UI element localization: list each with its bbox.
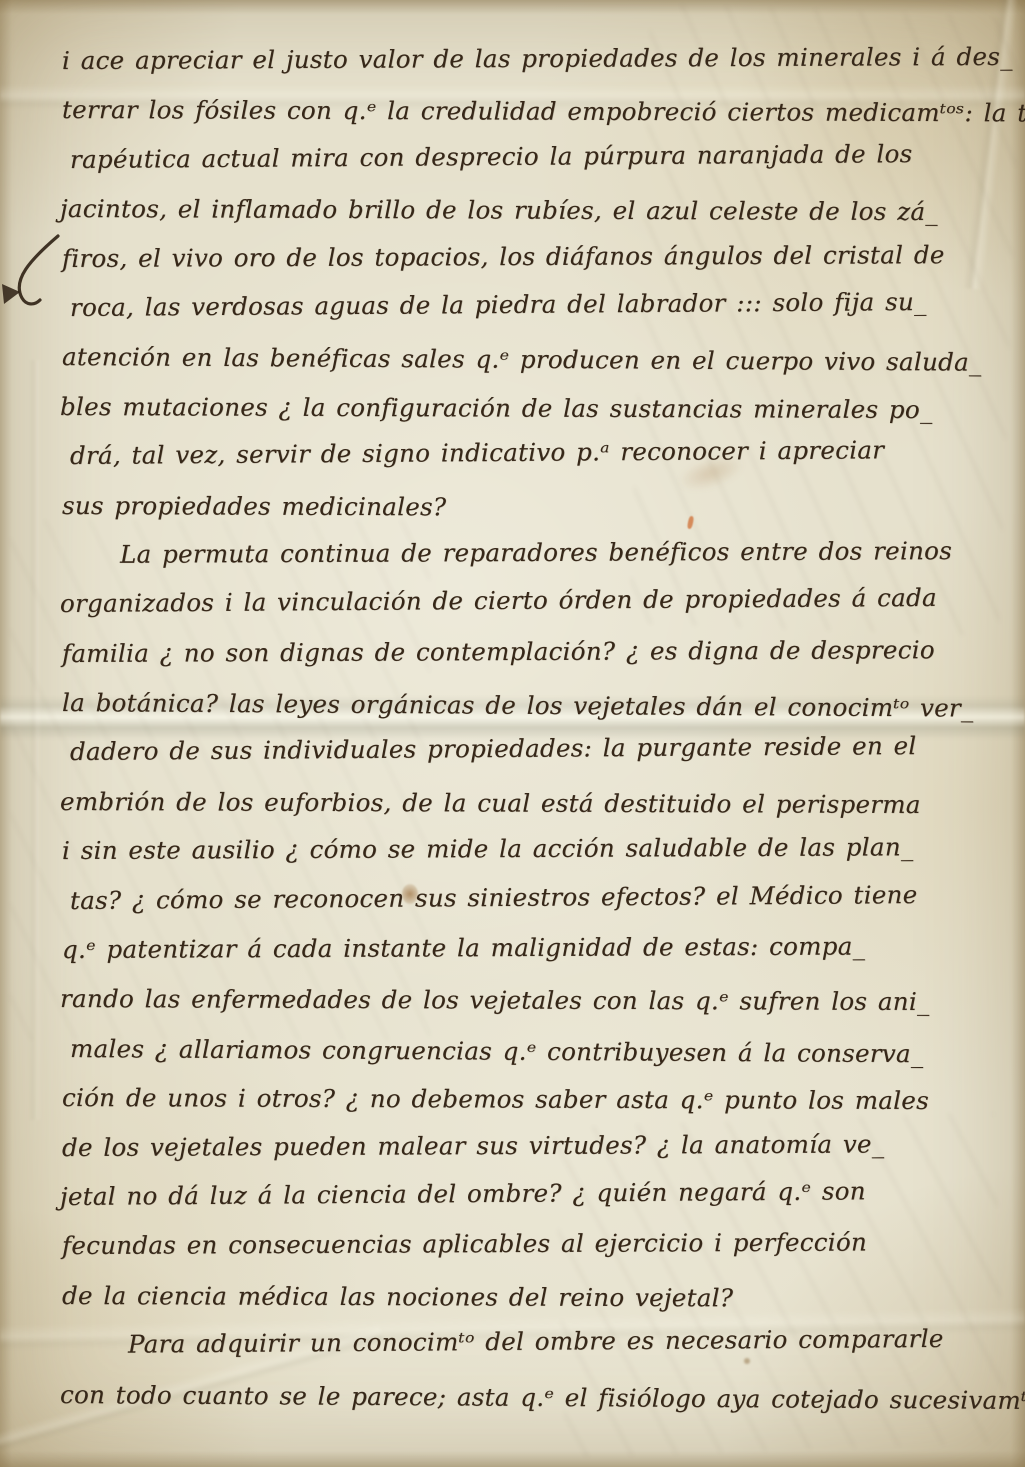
manuscript-line: roca, las verdosas aguas de la piedra de… bbox=[70, 276, 1002, 332]
manuscript-line: jacintos, el inflamado brillo de los rub… bbox=[60, 184, 1002, 237]
manuscript-text: i ace apreciar el justo valor de las pro… bbox=[62, 36, 1002, 1419]
manuscript-line: dadero de sus individuales propiedades: … bbox=[70, 721, 1002, 777]
manuscript-line: familia ¿ no son dignas de contemplación… bbox=[62, 625, 1002, 678]
ink-flourish-swash bbox=[0, 232, 62, 322]
manuscript-line: con todo cuanto se le parece; asta q.ᵉ e… bbox=[60, 1370, 1002, 1425]
manuscript-line: fecundas en consecuencias aplicables al … bbox=[62, 1217, 1002, 1270]
manuscript-line: sus propiedades medicinales? bbox=[62, 481, 1002, 534]
manuscript-line: rapéutica actual mira con desprecio la p… bbox=[70, 128, 1002, 184]
manuscript-line: drá, tal vez, servir de signo indicativo… bbox=[70, 425, 1002, 481]
manuscript-line: ción de unos i otros? ¿ no debemos saber… bbox=[62, 1073, 1002, 1126]
manuscript-line: i sin este ausilio ¿ cómo se mide la acc… bbox=[62, 822, 1002, 875]
manuscript-page: i ace apreciar el justo valor de las pro… bbox=[0, 0, 1025, 1467]
manuscript-line: organizados i la vinculación de cierto ó… bbox=[60, 573, 1002, 629]
manuscript-line: de los vejetales pueden malear sus virtu… bbox=[62, 1118, 1002, 1171]
manuscript-line-paragraph-start: Para adquirir un conocimᵗᵒ del ombre es … bbox=[70, 1314, 1002, 1370]
manuscript-line: males ¿ allariamos congruencias q.ᵉ cont… bbox=[70, 1024, 1002, 1079]
manuscript-line: firos, el vivo oro de los topacios, los … bbox=[62, 229, 1002, 282]
manuscript-line: rando las enfermedades de los vejetales … bbox=[60, 974, 1002, 1027]
manuscript-line: jetal no dá luz á la ciencia del ombre? … bbox=[60, 1165, 1002, 1221]
manuscript-line-paragraph-start: La permuta continua de reparadores benéf… bbox=[62, 526, 1002, 579]
manuscript-line: i ace apreciar el justo valor de las pro… bbox=[62, 32, 1002, 85]
manuscript-line: atención en las benéficas sales q.ᵉ prod… bbox=[62, 332, 1002, 387]
manuscript-line: tas? ¿ cómo se reconocen sus siniestros … bbox=[70, 869, 1002, 925]
paper-crease-vertical bbox=[28, 360, 42, 1120]
manuscript-line: q.ᵉ patentizar á cada instante la malign… bbox=[62, 921, 1002, 974]
